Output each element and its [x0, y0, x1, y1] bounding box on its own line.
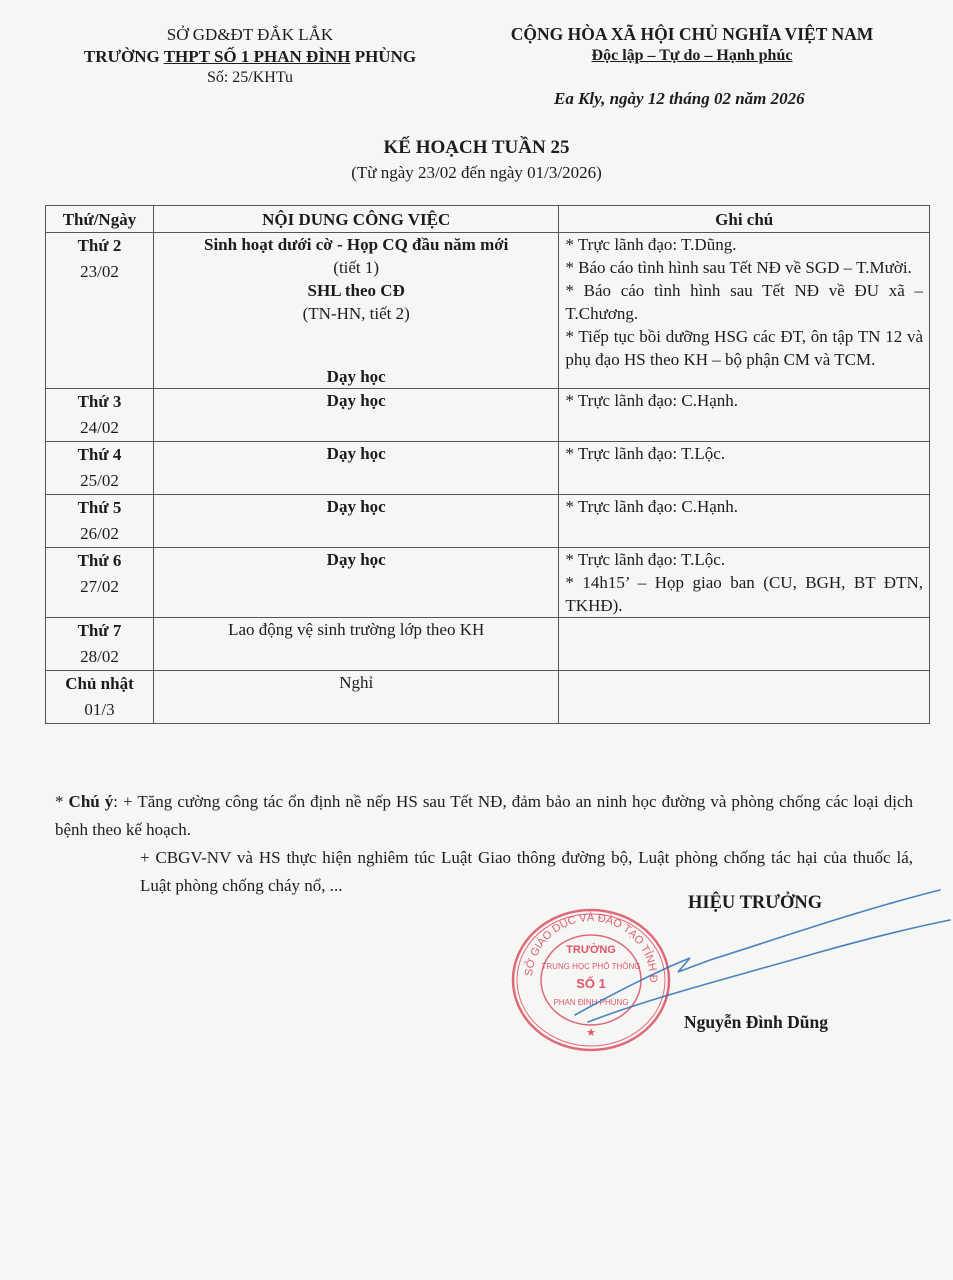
day-cell: Thứ 627/02 [46, 548, 154, 618]
department-name: SỞ GD&ĐT ĐẮK LẮK [40, 24, 460, 46]
school-suffix: PHÙNG [350, 47, 416, 66]
svg-text:TRUNG HỌC PHỔ THÔNG: TRUNG HỌC PHỔ THÔNG [542, 962, 641, 971]
content-line: Dạy học [160, 548, 552, 571]
day-name: Thứ 2 [52, 233, 147, 259]
day-cell: Chủ nhật01/3 [46, 671, 154, 724]
notes-section: * Chú ý: + Tăng cường công tác ổn định n… [55, 788, 913, 900]
content-line: (tiết 1) [160, 256, 552, 279]
day-name: Thứ 7 [52, 618, 147, 644]
notes-cell [559, 671, 930, 724]
note-line: * Trực lãnh đạo: T.Dũng. [565, 233, 923, 256]
table-row: Thứ 425/02Dạy học* Trực lãnh đạo: T.Lộc. [46, 442, 930, 495]
header-notes: Ghi chú [559, 206, 930, 233]
signer-title: HIỆU TRƯỞNG [688, 893, 822, 914]
weekly-plan-table: Thứ/Ngày NỘI DUNG CÔNG VIỆC Ghi chú Thứ … [45, 205, 930, 724]
motto: Độc lập – Tự do – Hạnh phúc [462, 46, 922, 66]
svg-text:TRƯỜNG: TRƯỜNG [566, 943, 616, 956]
document-subtitle: (Từ ngày 23/02 đến ngày 01/3/2026) [0, 163, 953, 183]
table-row: Thứ 627/02Dạy học* Trực lãnh đạo: T.Lộc.… [46, 548, 930, 618]
note-item-2: + CBGV-NV và HS thực hiện nghiêm túc Luậ… [55, 844, 913, 900]
day-cell: Thứ 425/02 [46, 442, 154, 495]
notes-cell [559, 618, 930, 671]
content-line: Nghỉ [160, 671, 552, 694]
header-right: CỘNG HÒA XÃ HỘI CHỦ NGHĨA VIỆT NAM Độc l… [462, 22, 922, 66]
day-name: Thứ 5 [52, 495, 147, 521]
day-date: 24/02 [52, 415, 147, 441]
notes-cell: * Trực lãnh đạo: C.Hạnh. [559, 389, 930, 442]
document-number: Số: 25/KHTu [40, 68, 460, 88]
notes-cell: * Trực lãnh đạo: C.Hạnh. [559, 495, 930, 548]
content-line: Dạy học [160, 365, 552, 388]
content-line: Dạy học [160, 495, 552, 518]
table-row: Chủ nhật01/3Nghỉ [46, 671, 930, 724]
note-item-1: * Chú ý: + Tăng cường công tác ổn định n… [55, 788, 913, 844]
table-row: Thứ 728/02Lao động vệ sinh trường lớp th… [46, 618, 930, 671]
content-cell: Sinh hoạt dưới cờ - Họp CQ đầu năm mới(t… [153, 233, 558, 389]
table-row: Thứ 324/02Dạy học* Trực lãnh đạo: C.Hạnh… [46, 389, 930, 442]
content-cell: Lao động vệ sinh trường lớp theo KH [153, 618, 558, 671]
content-cell: Dạy học [153, 495, 558, 548]
content-line: Sinh hoạt dưới cờ - Họp CQ đầu năm mới [160, 233, 552, 256]
school-underlined: THPT SỐ 1 PHAN ĐÌNH [164, 47, 351, 66]
content-line: Dạy học [160, 442, 552, 465]
content-cell: Dạy học [153, 548, 558, 618]
note-line: * Báo cáo tình hình sau Tết NĐ về SGD – … [565, 256, 923, 279]
day-date: 01/3 [52, 697, 147, 723]
svg-text:SỐ 1: SỐ 1 [576, 976, 606, 991]
day-name: Thứ 3 [52, 389, 147, 415]
note-line: * Trực lãnh đạo: T.Lộc. [565, 548, 923, 571]
table-header-row: Thứ/Ngày NỘI DUNG CÔNG VIỆC Ghi chú [46, 206, 930, 233]
day-date: 26/02 [52, 521, 147, 547]
note-line: * Trực lãnh đạo: C.Hạnh. [565, 495, 923, 518]
day-cell: Thứ 223/02 [46, 233, 154, 389]
table-body: Thứ 223/02Sinh hoạt dưới cờ - Họp CQ đầu… [46, 233, 930, 724]
note-asterisk: * [55, 792, 69, 811]
table-row: Thứ 526/02Dạy học* Trực lãnh đạo: C.Hạnh… [46, 495, 930, 548]
content-line: (TN-HN, tiết 2) [160, 302, 552, 325]
country-name: CỘNG HÒA XÃ HỘI CHỦ NGHĨA VIỆT NAM [462, 22, 922, 46]
note-label: Chú ý [69, 792, 114, 811]
table-row: Thứ 223/02Sinh hoạt dưới cờ - Họp CQ đầu… [46, 233, 930, 389]
content-cell: Nghỉ [153, 671, 558, 724]
svg-text:PHAN ĐÌNH PHÙNG: PHAN ĐÌNH PHÙNG [553, 998, 628, 1007]
header-left: SỞ GD&ĐT ĐẮK LẮK TRƯỜNG THPT SỐ 1 PHAN Đ… [40, 24, 460, 88]
header-content: NỘI DUNG CÔNG VIỆC [153, 206, 558, 233]
note-line: * Trực lãnh đạo: T.Lộc. [565, 442, 923, 465]
content-line: Lao động vệ sinh trường lớp theo KH [160, 618, 552, 641]
day-date: 28/02 [52, 644, 147, 670]
notes-cell: * Trực lãnh đạo: T.Lộc.* 14h15’ – Họp gi… [559, 548, 930, 618]
note-text-1: : + Tăng cường công tác ổn định nề nếp H… [55, 792, 913, 839]
notes-cell: * Trực lãnh đạo: T.Lộc. [559, 442, 930, 495]
note-line: * 14h15’ – Họp giao ban (CU, BGH, BT ĐTN… [565, 571, 923, 617]
note-line: * Báo cáo tình hình sau Tết NĐ về ĐU xã … [565, 279, 923, 325]
content-cell: Dạy học [153, 389, 558, 442]
day-date: 27/02 [52, 574, 147, 600]
day-name: Thứ 6 [52, 548, 147, 574]
day-date: 23/02 [52, 259, 147, 285]
day-cell: Thứ 324/02 [46, 389, 154, 442]
content-line [160, 325, 552, 365]
signer-name: Nguyễn Đình Dũng [684, 1012, 828, 1033]
day-name: Chủ nhật [52, 671, 147, 697]
note-line: * Trực lãnh đạo: C.Hạnh. [565, 389, 923, 412]
note-line: * Tiếp tục bồi dưỡng HSG các ĐT, ôn tập … [565, 325, 923, 371]
day-cell: Thứ 728/02 [46, 618, 154, 671]
content-cell: Dạy học [153, 442, 558, 495]
day-name: Thứ 4 [52, 442, 147, 468]
content-line: Dạy học [160, 389, 552, 412]
school-prefix: TRƯỜNG [84, 47, 164, 66]
day-cell: Thứ 526/02 [46, 495, 154, 548]
notes-cell: * Trực lãnh đạo: T.Dũng.* Báo cáo tình h… [559, 233, 930, 389]
school-name: TRƯỜNG THPT SỐ 1 PHAN ĐÌNH PHÙNG [40, 46, 460, 68]
content-line: SHL theo CĐ [160, 279, 552, 302]
document-title: KẾ HOẠCH TUẦN 25 [0, 137, 953, 159]
svg-text:★: ★ [586, 1027, 596, 1039]
header-day: Thứ/Ngày [46, 206, 154, 233]
place-date: Ea Kly, ngày 12 tháng 02 năm 2026 [554, 89, 805, 109]
official-stamp-icon: SỞ GIÁO DỤC VÀ ĐÀO TẠO TỈNH ĐẮK LẮK TRƯỜ… [510, 908, 672, 1053]
day-date: 25/02 [52, 468, 147, 494]
